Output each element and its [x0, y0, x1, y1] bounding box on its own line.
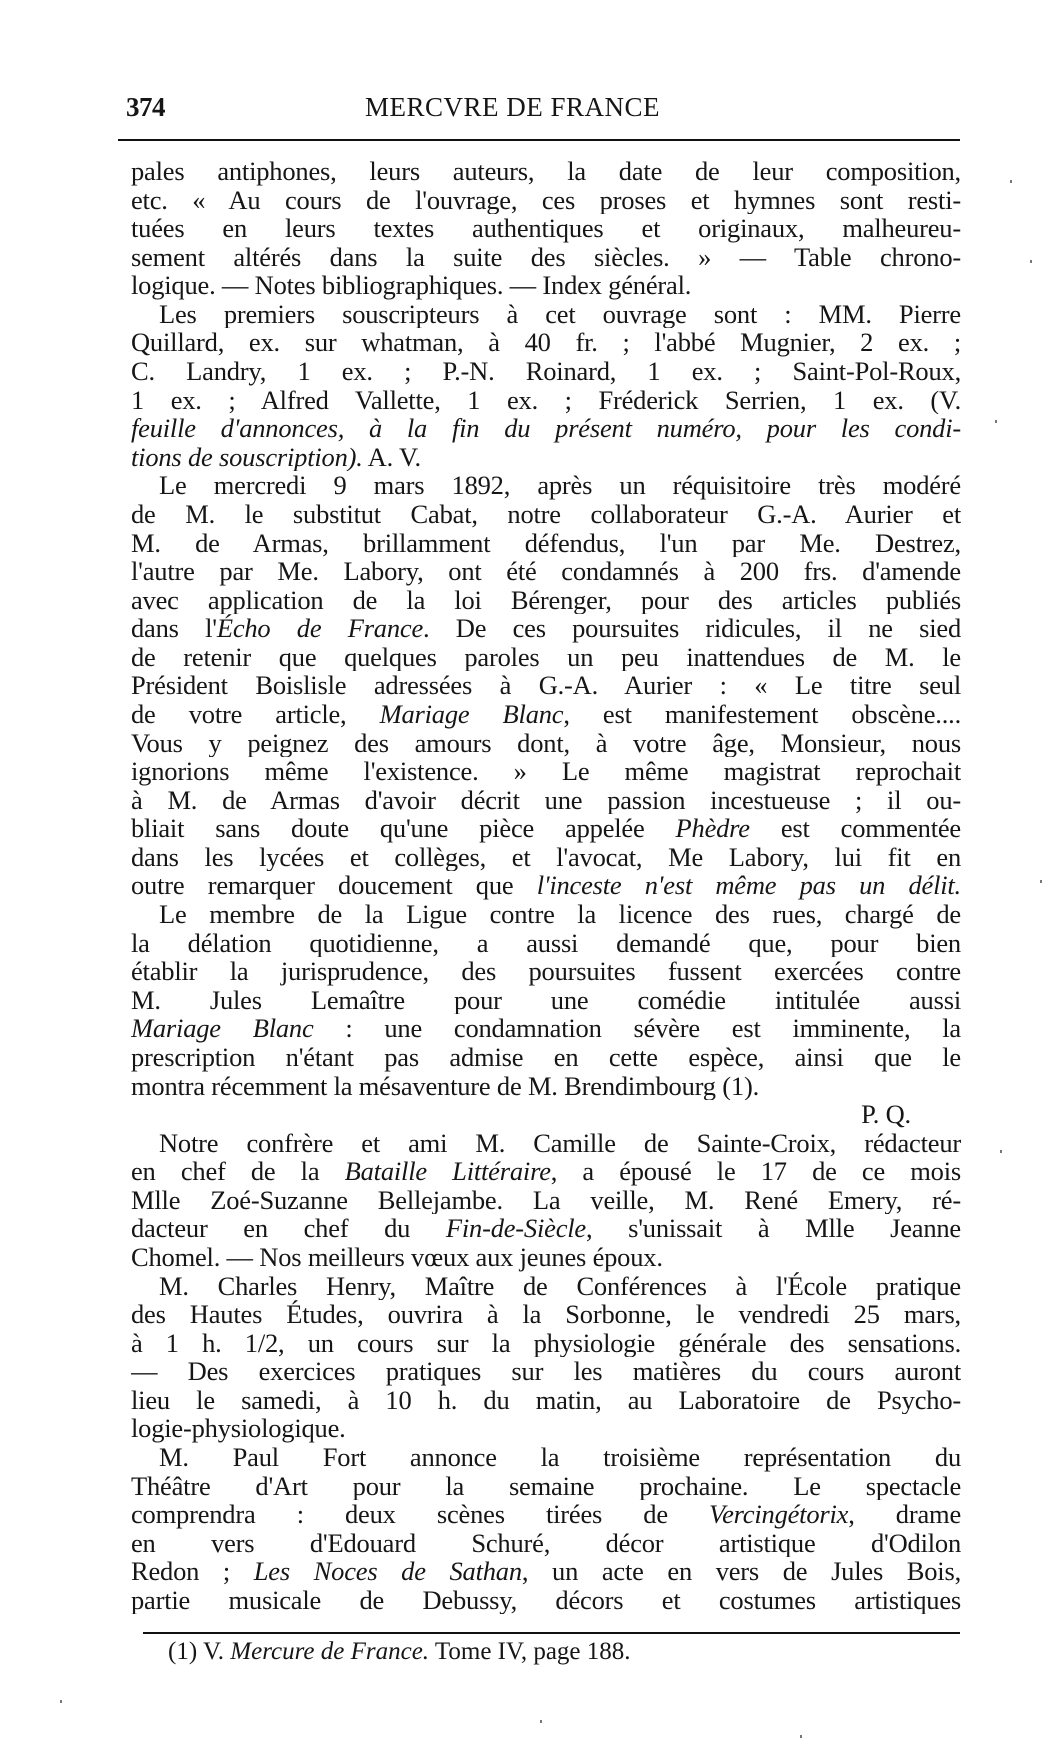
italic-text: Bataille Littéraire	[345, 1157, 551, 1186]
text-line: de retenir que quelques paroles un peu i…	[131, 643, 961, 672]
text-run: Chomel. — Nos meilleurs vœux aux jeunes …	[131, 1243, 663, 1272]
text-run: , est manifestement obscène....	[563, 700, 961, 729]
text-line: l'autre par Me. Labory, ont été condamné…	[131, 557, 961, 586]
text-line: C. Landry, 1 ex. ; P.-N. Roinard, 1 ex. …	[131, 357, 961, 386]
text-line: prescription n'étant pas admise en cette…	[131, 1043, 961, 1072]
text-line: avec application de la loi Bérenger, pou…	[131, 586, 961, 615]
text-run: Notre confrère et ami M. Camille de Sain…	[159, 1129, 961, 1158]
text-run: établir la jurisprudence, des poursuites…	[131, 957, 961, 986]
text-run: Théâtre d'Art pour la semaine prochaine.…	[131, 1472, 961, 1501]
text-line: dacteur en chef du Fin-de-Siècle, s'unis…	[131, 1214, 961, 1243]
text-line: Mlle Zoé-Suzanne Bellejambe. La veille, …	[131, 1186, 961, 1215]
text-run: la délation quotidienne, a aussi demandé…	[131, 929, 961, 958]
italic-text: Fin-de-Siècle	[446, 1214, 586, 1243]
text-run: des Hautes Études, ouvrira à la Sorbonne…	[131, 1300, 961, 1329]
footnote-rule	[143, 1632, 960, 1634]
text-run: logique. — Notes bibliographiques. — Ind…	[131, 271, 691, 300]
italic-text: Écho de France	[217, 614, 423, 643]
text-line: de votre article, Mariage Blanc, est man…	[131, 700, 961, 729]
text-run: Le membre de la Ligue contre la licence …	[159, 900, 961, 929]
text-line: sement altérés dans la suite des siècles…	[131, 243, 961, 272]
text-line: pales antiphones, leurs auteurs, la date…	[131, 157, 961, 186]
scan-speck	[995, 420, 997, 423]
text-run: , a épousé le 17 de ce mois	[551, 1157, 961, 1186]
page-number: 374	[126, 92, 165, 123]
text-run: en chef de la	[131, 1157, 345, 1186]
text-run: logie-physiologique.	[131, 1414, 346, 1443]
text-line: — Des exercices pratiques sur les matièr…	[131, 1357, 961, 1386]
scan-speck	[540, 1720, 542, 1723]
italic-text: feuille d'annonces, à la fin du présent …	[131, 414, 961, 443]
text-line: logique. — Notes bibliographiques. — Ind…	[131, 271, 961, 300]
text-line: dans les lycées et collèges, et l'avocat…	[131, 843, 961, 872]
text-run: de retenir que quelques paroles un peu i…	[131, 643, 961, 672]
text-line: montra récemment la mésaventure de M. Br…	[131, 1072, 961, 1101]
text-run: Président Boislisle adressées à G.-A. Au…	[131, 671, 961, 700]
text-run: en vers d'Edouard Schuré, décor artistiq…	[131, 1529, 961, 1558]
italic-text: Mariage Blanc	[380, 700, 564, 729]
italic-text: Les Noces de Sathan	[254, 1557, 522, 1586]
footnote: (1) V. Mercure de France. Tome IV, page …	[168, 1638, 631, 1666]
text-run: sement altérés dans la suite des siècles…	[131, 243, 961, 272]
text-line: 1 ex. ; Alfred Vallette, 1 ex. ; Fréderi…	[131, 386, 961, 415]
text-run: ignorions même l'existence. » Le même ma…	[131, 757, 961, 786]
text-run: . De ces poursuites ridicules, il ne sie…	[423, 614, 961, 643]
text-line: outre remarquer doucement que l'inceste …	[131, 871, 961, 900]
scan-speck	[60, 1700, 62, 1703]
scan-speck	[1010, 180, 1012, 183]
text-run: Les premiers souscripteurs à cet ouvrage…	[159, 300, 961, 329]
text-line: comprendra : deux scènes tirées de Verci…	[131, 1500, 961, 1529]
text-run: à M. de Armas d'avoir décrit une passion…	[131, 786, 961, 815]
text-line: Le membre de la Ligue contre la licence …	[131, 900, 961, 929]
text-run: comprendra : deux scènes tirées de	[131, 1500, 709, 1529]
text-run: outre remarquer doucement que	[131, 871, 537, 900]
text-run: P. Q.	[861, 1100, 911, 1129]
text-line: dans l'Écho de France. De ces poursuites…	[131, 614, 961, 643]
text-run: lieu le samedi, à 10 h. du matin, au Lab…	[131, 1386, 961, 1415]
text-run: bliait sans doute qu'une pièce appelée	[131, 814, 676, 843]
text-line: ignorions même l'existence. » Le même ma…	[131, 757, 961, 786]
text-line: Chomel. — Nos meilleurs vœux aux jeunes …	[131, 1243, 961, 1272]
text-run: dacteur en chef du	[131, 1214, 446, 1243]
text-line: etc. « Au cours de l'ouvrage, ces proses…	[131, 186, 961, 215]
footnote-title: Mercure de France.	[230, 1638, 429, 1665]
text-run: M. Paul Fort annonce la troisième représ…	[159, 1443, 961, 1472]
text-run: Redon ;	[131, 1557, 254, 1586]
text-run: tuées en leurs textes authentiques et or…	[131, 214, 961, 243]
text-run: dans les lycées et collèges, et l'avocat…	[131, 843, 961, 872]
text-line: M. Paul Fort annonce la troisième représ…	[131, 1443, 961, 1472]
text-line: Les premiers souscripteurs à cet ouvrage…	[131, 300, 961, 329]
text-run: M. Jules Lemaître pour une comédie intit…	[131, 986, 961, 1015]
text-run: — Des exercices pratiques sur les matièr…	[131, 1357, 961, 1386]
text-line: M. Charles Henry, Maître de Conférences …	[131, 1272, 961, 1301]
text-run: 1 ex. ; Alfred Vallette, 1 ex. ; Fréderi…	[131, 386, 961, 415]
italic-text: Vercingétorix	[709, 1500, 848, 1529]
text-run: de votre article,	[131, 700, 380, 729]
text-run: , drame	[848, 1500, 961, 1529]
text-run: à 1 h. 1/2, un cours sur la physiologie …	[131, 1329, 961, 1358]
text-line: feuille d'annonces, à la fin du présent …	[131, 414, 961, 443]
text-run: avec application de la loi Bérenger, pou…	[131, 586, 961, 615]
scan-speck	[800, 1735, 802, 1738]
running-head: 374 MERCVRE DE FRANCE	[126, 92, 960, 126]
italic-text: tions de souscription).	[131, 443, 363, 472]
text-line: lieu le samedi, à 10 h. du matin, au Lab…	[131, 1386, 961, 1415]
text-run: pales antiphones, leurs auteurs, la date…	[131, 157, 961, 186]
text-line: logie-physiologique.	[131, 1414, 961, 1443]
text-run: M. de Armas, brillamment défendus, l'un …	[131, 529, 961, 558]
text-line: M. Jules Lemaître pour une comédie intit…	[131, 986, 961, 1015]
text-run: etc. « Au cours de l'ouvrage, ces proses…	[131, 186, 961, 215]
journal-title: MERCVRE DE FRANCE	[365, 92, 660, 123]
text-run: de M. le substitut Cabat, notre collabor…	[131, 500, 961, 529]
text-line: en vers d'Edouard Schuré, décor artistiq…	[131, 1529, 961, 1558]
text-line: en chef de la Bataille Littéraire, a épo…	[131, 1157, 961, 1186]
text-run: C. Landry, 1 ex. ; P.-N. Roinard, 1 ex. …	[131, 357, 961, 386]
text-run: , un acte en vers de Jules Bois,	[522, 1557, 961, 1586]
text-line: Le mercredi 9 mars 1892, après un réquis…	[131, 471, 961, 500]
text-line: P. Q.	[131, 1100, 961, 1129]
text-line: bliait sans doute qu'une pièce appelée P…	[131, 814, 961, 843]
italic-text: Phèdre	[676, 814, 750, 843]
text-line: tions de souscription). A. V.	[131, 443, 961, 472]
text-run: montra récemment la mésaventure de M. Br…	[131, 1072, 759, 1101]
text-line: Mariage Blanc : une condamnation sévère …	[131, 1014, 961, 1043]
text-line: Notre confrère et ami M. Camille de Sain…	[131, 1129, 961, 1158]
text-line: établir la jurisprudence, des poursuites…	[131, 957, 961, 986]
text-line: M. de Armas, brillamment défendus, l'un …	[131, 529, 961, 558]
text-line: partie musicale de Debussy, décors et co…	[131, 1586, 961, 1615]
text-run: l'autre par Me. Labory, ont été condamné…	[131, 557, 961, 586]
body-text: pales antiphones, leurs auteurs, la date…	[131, 157, 961, 1614]
text-run: Vous y peignez des amours dont, à votre …	[131, 729, 961, 758]
text-line: à M. de Armas d'avoir décrit une passion…	[131, 786, 961, 815]
header-rule	[118, 139, 960, 141]
text-run: dans l'	[131, 614, 217, 643]
document-page: 374 MERCVRE DE FRANCE pales antiphones, …	[0, 0, 1048, 1752]
text-line: à 1 h. 1/2, un cours sur la physiologie …	[131, 1329, 961, 1358]
text-run: : une condamnation sévère est imminente,…	[314, 1014, 961, 1043]
text-line: Quillard, ex. sur whatman, à 40 fr. ; l'…	[131, 328, 961, 357]
text-line: Président Boislisle adressées à G.-A. Au…	[131, 671, 961, 700]
footnote-marker: (1) V.	[168, 1638, 230, 1665]
text-run: M. Charles Henry, Maître de Conférences …	[159, 1272, 961, 1301]
scan-speck	[1040, 880, 1042, 883]
text-run: Quillard, ex. sur whatman, à 40 fr. ; l'…	[131, 328, 961, 357]
scan-speck	[1030, 260, 1032, 263]
text-line: la délation quotidienne, a aussi demandé…	[131, 929, 961, 958]
text-run: Mlle Zoé-Suzanne Bellejambe. La veille, …	[131, 1186, 961, 1215]
text-run: , s'unissait à Mlle Jeanne	[586, 1214, 961, 1243]
scan-speck	[1000, 1150, 1002, 1153]
italic-text: Mariage Blanc	[131, 1014, 314, 1043]
text-line: Vous y peignez des amours dont, à votre …	[131, 729, 961, 758]
text-run: prescription n'étant pas admise en cette…	[131, 1043, 961, 1072]
text-run: A. V.	[363, 443, 421, 472]
text-line: tuées en leurs textes authentiques et or…	[131, 214, 961, 243]
text-run: Le mercredi 9 mars 1892, après un réquis…	[159, 471, 961, 500]
text-run: partie musicale de Debussy, décors et co…	[131, 1586, 961, 1615]
text-run: est commentée	[750, 814, 961, 843]
text-line: des Hautes Études, ouvrira à la Sorbonne…	[131, 1300, 961, 1329]
text-line: de M. le substitut Cabat, notre collabor…	[131, 500, 961, 529]
footnote-reference: Tome IV, page 188.	[429, 1638, 630, 1665]
text-line: Redon ; Les Noces de Sathan, un acte en …	[131, 1557, 961, 1586]
italic-text: l'inceste n'est même pas un délit.	[537, 871, 961, 900]
text-line: Théâtre d'Art pour la semaine prochaine.…	[131, 1472, 961, 1501]
